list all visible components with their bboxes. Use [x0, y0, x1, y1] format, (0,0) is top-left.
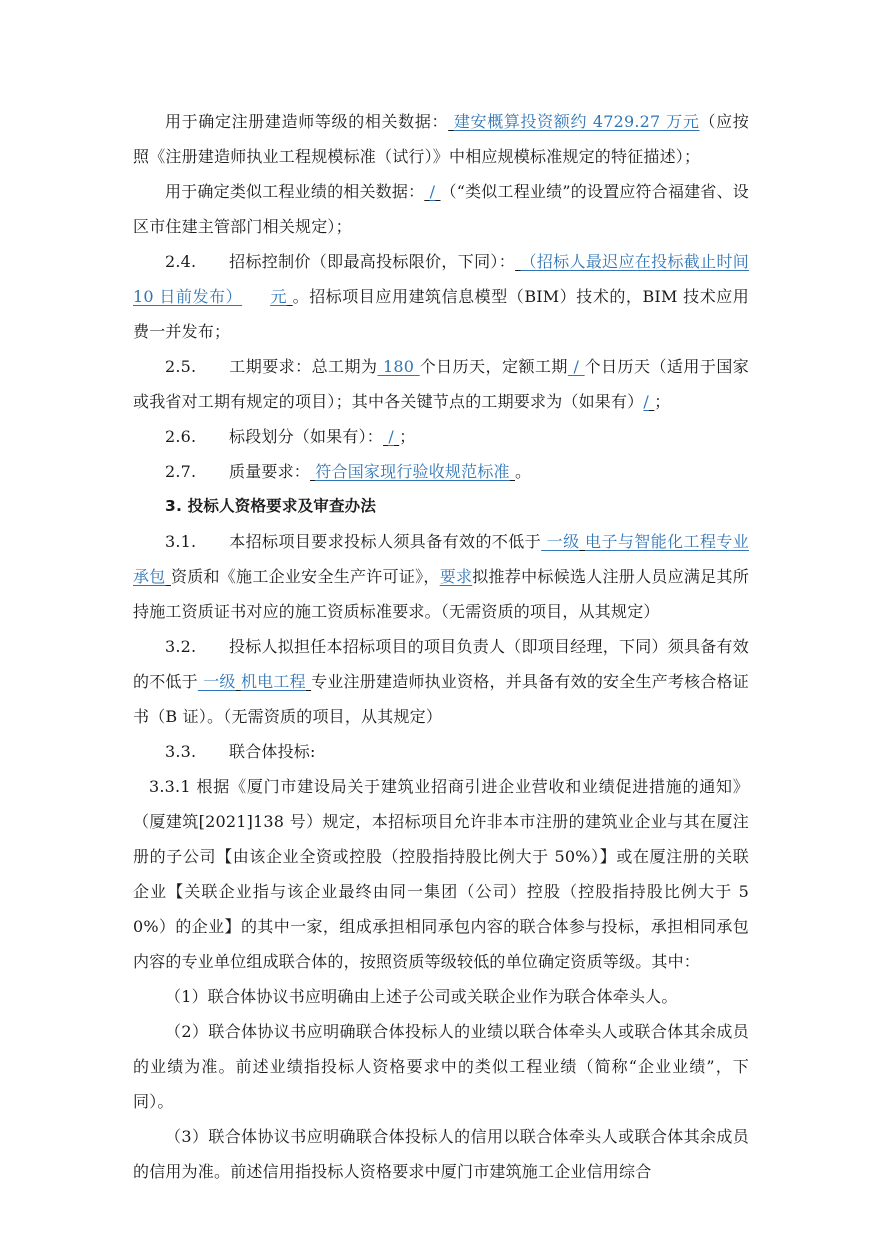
- value: /: [573, 357, 579, 376]
- unit: 元: [270, 287, 287, 306]
- section-number: 2.6.: [165, 419, 229, 454]
- section-number: 3.1.: [165, 524, 229, 559]
- text: 资质和《施工企业安全生产许可证》，: [171, 567, 440, 586]
- consortium-item-3: （3）联合体协议书应明确联合体投标人的信用以联合体牵头人或联合体其余成员的信用为…: [133, 1119, 749, 1189]
- value: 一级: [203, 672, 235, 691]
- section-3-1-qualification: 3.1.本招标项目要求投标人须具备有效的不低于 一级 电子与智能化工程专业承包 …: [133, 524, 749, 629]
- text: 个日历天，定额工期: [420, 357, 568, 376]
- quota-days-value: /: [568, 357, 585, 376]
- document-page: 用于确定注册建造师等级的相关数据： 建安概算投资额约 4729.27 万元（应按…: [133, 104, 749, 1189]
- major-value: 机电工程: [241, 672, 306, 691]
- text: 工期要求：总工期为: [229, 357, 377, 376]
- section-3-3-1-text: 3.3.1 根据《厦门市建设局关于建筑业招商引进企业营收和业绩促进措施的通知》（…: [133, 769, 749, 979]
- value: 一级: [547, 532, 580, 551]
- section-2-4-bid-control-price: 2.4.招标控制价（即最高投标限价，下同）： （招标人最迟应在投标截止时间 10…: [133, 244, 749, 349]
- section-2-5-duration: 2.5.工期要求：总工期为 180 个日历天，定额工期 / 个日历天（适用于国家…: [133, 349, 749, 419]
- quality-requirement-value: 符合国家现行验收规范标准: [315, 462, 509, 481]
- text: ；: [399, 427, 415, 446]
- value: 180: [383, 357, 414, 376]
- grade-value: 一级: [198, 672, 236, 691]
- paragraph-registered-constructor-data: 用于确定注册建造师等级的相关数据： 建安概算投资额约 4729.27 万元（应按…: [133, 104, 749, 174]
- underline-pad: [242, 287, 270, 306]
- section-number: 2.5.: [165, 349, 229, 384]
- text: ；: [654, 392, 670, 411]
- section-number: 2.4.: [165, 244, 229, 279]
- section-number: 3.2.: [165, 629, 229, 664]
- label: 标段划分（如果有）：: [229, 427, 383, 446]
- requirement-value: 要求: [440, 567, 473, 586]
- total-days-value: 180: [377, 357, 419, 376]
- consortium-item-2: （2）联合体协议书应明确联合体投标人的业绩以联合体牵头人或联合体其余成员的业绩为…: [133, 1014, 749, 1119]
- label: 用于确定注册建造师等级的相关数据：: [165, 112, 448, 131]
- section-3-2-project-manager: 3.2.投标人拟担任本招标项目的项目负责人（即项目经理，下同）须具备有效的不低于…: [133, 629, 749, 734]
- section-number: 2.7.: [165, 454, 229, 489]
- section-number: 3.3.: [165, 734, 229, 769]
- label: 质量要求：: [229, 462, 310, 481]
- text: 。: [515, 462, 531, 481]
- label: 招标控制价（即最高投标限价，下同）：: [229, 252, 515, 271]
- consortium-item-1: （1）联合体协议书应明确由上述子公司或关联企业作为联合体牵头人。: [133, 979, 749, 1014]
- label: 联合体投标:: [229, 742, 316, 761]
- section-3-heading: 3. 投标人资格要求及审查办法: [133, 489, 749, 524]
- section-3-3-consortium: 3.3.联合体投标:: [133, 734, 749, 769]
- grade-value: 一级: [541, 532, 579, 551]
- investment-amount-value: 建安概算投资额约 4729.27 万元: [454, 112, 700, 131]
- section-2-7-quality: 2.7.质量要求： 符合国家现行验收规范标准 。: [133, 454, 749, 489]
- section-2-6-lot-division: 2.6.标段划分（如果有）： / ；: [133, 419, 749, 454]
- text: 本招标项目要求投标人须具备有效的不低于: [229, 532, 541, 551]
- label: 用于确定类似工程业绩的相关数据：: [165, 182, 424, 201]
- paragraph-similar-performance-data: 用于确定类似工程业绩的相关数据： / （“类似工程业绩”的设置应符合福建省、设区…: [133, 174, 749, 244]
